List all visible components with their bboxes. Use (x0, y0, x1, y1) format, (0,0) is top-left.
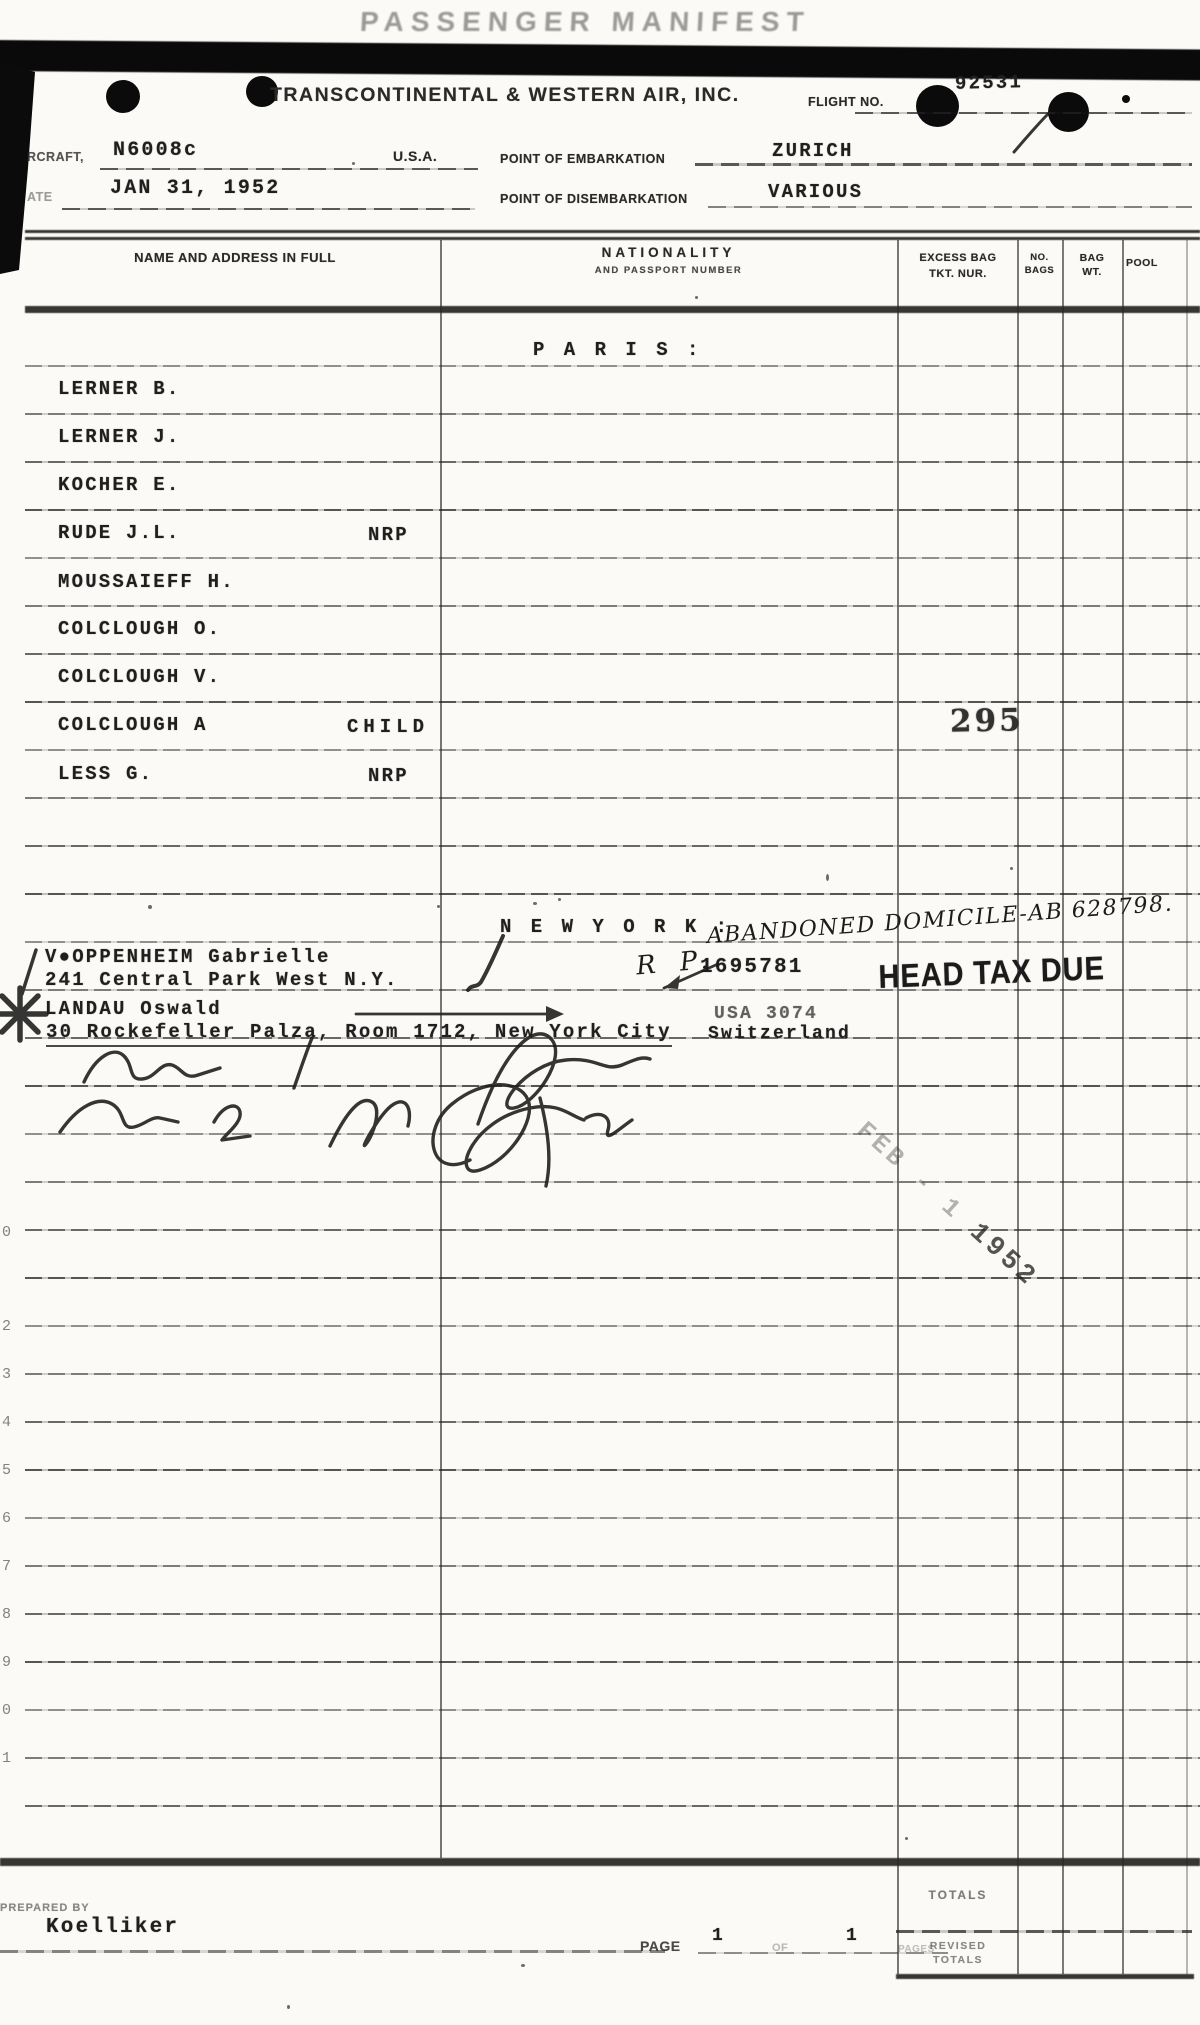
table-column-line (897, 240, 899, 1974)
margin-row-number: 2 (2, 1318, 11, 1335)
table-row-line (25, 1037, 1200, 1039)
totals-bottom-rule (896, 1974, 1194, 1979)
table-row-line (25, 1325, 1200, 1327)
table-row-line (25, 1709, 1200, 1711)
ink-speck (287, 2005, 290, 2009)
ink-speck (695, 296, 698, 299)
table-row-line (25, 1517, 1200, 1519)
table-row-line (25, 653, 1200, 655)
table-row-line (25, 1421, 1200, 1423)
table-row-line (25, 1181, 1200, 1183)
table-row-line (25, 1085, 1200, 1087)
margin-row-number: 8 (2, 1606, 11, 1623)
margin-row-number: 1 (2, 1750, 11, 1767)
signature-scrawl-2 (60, 1085, 632, 1186)
ink-speck (437, 905, 440, 908)
total-pages: 1 (846, 1926, 859, 1946)
table-row-line (25, 749, 1200, 751)
totals-label: TOTALS (899, 1888, 1017, 1902)
table-column-line (1017, 240, 1019, 1974)
prepared-by-line (0, 1950, 665, 1953)
table-row-line (25, 845, 1200, 847)
ink-speck (148, 905, 152, 909)
page-number: 1 (712, 1926, 725, 1946)
ink-speck (352, 162, 355, 165)
table-column-line (440, 240, 442, 1858)
handdrawn-star-icon (0, 988, 46, 1040)
ink-speck (558, 898, 561, 901)
handwriting-overlay (0, 0, 1200, 2025)
margin-row-number: 5 (2, 1462, 11, 1479)
table-column-line (1122, 240, 1124, 1974)
table-column-line (1062, 240, 1064, 1974)
pen-slash-mark (22, 950, 36, 994)
table-row-line (25, 701, 1200, 703)
prepared-by-value: Koelliker (46, 1916, 179, 1939)
revised-totals-label-line1: REVISED (899, 1940, 1017, 1952)
ink-speck (521, 1964, 525, 1967)
revised-totals-label-line2: TOTALS (899, 1954, 1017, 1966)
margin-row-number: 7 (2, 1558, 11, 1575)
ink-speck (905, 1837, 908, 1840)
passenger-manifest-page: PASSENGER MANIFEST TRANSCONTINENTAL & WE… (0, 0, 1200, 2025)
table-row-line (25, 1277, 1200, 1279)
table-row-line (25, 1565, 1200, 1567)
table-row-line (25, 461, 1200, 463)
ink-speck (533, 902, 537, 905)
pen-slash-mark (1014, 114, 1048, 152)
table-row-line (25, 365, 1200, 367)
table-row-line (25, 1469, 1200, 1471)
of-label: OF (772, 1942, 788, 1954)
ink-speck (826, 874, 829, 881)
margin-row-number: 4 (2, 1414, 11, 1431)
margin-row-number: 0 (2, 1702, 11, 1719)
margin-row-number: 9 (2, 1654, 11, 1671)
margin-row-number: 0 (2, 1224, 11, 1241)
prepared-by-label: PREPARED BY (0, 1902, 90, 1914)
ticket-arrow-icon (664, 964, 718, 989)
table-column-line (1186, 240, 1188, 1974)
table-row-line (25, 1613, 1200, 1615)
margin-row-number: 3 (2, 1366, 11, 1383)
table-row-line (25, 989, 1200, 991)
ink-speck (1010, 867, 1013, 870)
table-row-line (25, 1133, 1200, 1135)
table-row-line (25, 509, 1200, 511)
table-row-line (25, 1757, 1200, 1759)
table-row-line (25, 893, 1200, 895)
table-row-line (25, 1229, 1200, 1231)
table-row-line (25, 413, 1200, 415)
table-row-line (25, 797, 1200, 799)
checkmark-icon (468, 936, 503, 990)
table-row-line (25, 1805, 1200, 1807)
totals-divider (896, 1930, 1192, 1933)
table-row-line (25, 605, 1200, 607)
table-row-line (25, 557, 1200, 559)
table-row-line (25, 1373, 1200, 1375)
table-row-line (25, 1661, 1200, 1663)
margin-row-number: 6 (2, 1510, 11, 1527)
table-row-line (25, 941, 1200, 943)
page-label: PAGE (640, 1938, 681, 1954)
address-arrow-icon (356, 1006, 564, 1022)
